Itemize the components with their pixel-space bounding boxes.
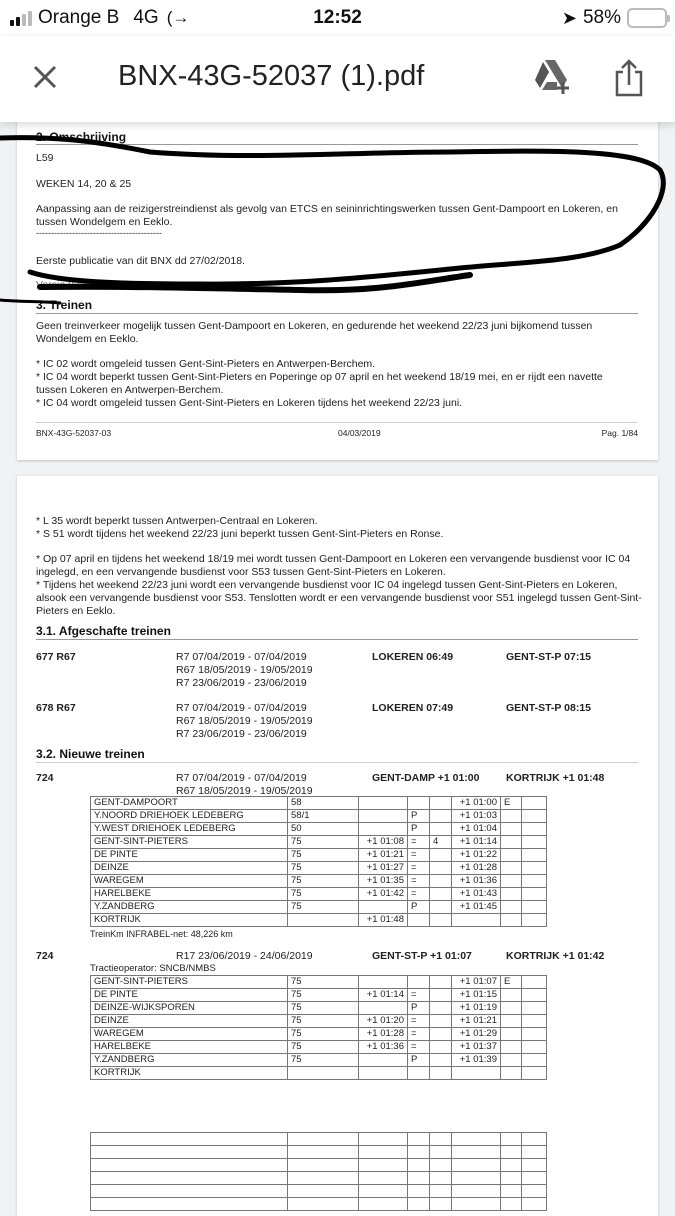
timetable-row: Y.ZANDBERG75P+1 01:45 <box>91 901 547 914</box>
train-number: 724 <box>36 772 54 785</box>
timetable-cell: = <box>408 862 430 875</box>
bullets-a: * L 35 wordt beperkt tussen Antwerpen-Ce… <box>36 515 646 541</box>
timetable-cell <box>430 1054 452 1067</box>
timetable-cell <box>522 849 547 862</box>
timetable-cell <box>522 836 547 849</box>
timetable-cell <box>359 1172 408 1185</box>
timetable-cell <box>430 914 452 927</box>
timetable-cell <box>522 875 547 888</box>
timetable-cell <box>501 1172 522 1185</box>
timetable-cell <box>408 1159 430 1172</box>
timetable-cell <box>452 1146 501 1159</box>
timetable-row: DEINZE75+1 01:27=+1 01:28 <box>91 862 547 875</box>
timetable-cell <box>501 1133 522 1146</box>
battery-percent: 58% <box>583 7 621 29</box>
timetable-cell: 75 <box>288 1002 359 1015</box>
timetable-cell: +1 01:15 <box>452 989 501 1002</box>
timetable-cell: +1 01:35 <box>359 875 408 888</box>
timetable-cell: 75 <box>288 1015 359 1028</box>
timetable-cell: KORTRIJK <box>91 914 288 927</box>
timetable-cell: +1 01:37 <box>452 1041 501 1054</box>
timetable-row <box>91 1159 547 1172</box>
timetable-cell: +1 01:08 <box>359 836 408 849</box>
timetable-cell <box>288 1133 359 1146</box>
timetable-cell <box>430 1028 452 1041</box>
trains-intro: Geen treinverkeer mogelijk tussen Gent-D… <box>36 320 636 346</box>
train-destination: KORTRIJK +1 01:48 <box>506 772 604 785</box>
timetable-cell: GENT-DAMPOORT <box>91 797 288 810</box>
timetable-cell <box>522 862 547 875</box>
timetable-cell <box>359 901 408 914</box>
timetable-cell: +1 01:14 <box>452 836 501 849</box>
timetable-cell <box>408 797 430 810</box>
timetable-cell: HARELBEKE <box>91 888 288 901</box>
train-number: 724 <box>36 950 54 963</box>
timetable-cell <box>501 875 522 888</box>
timetable-cell <box>522 1133 547 1146</box>
timetable-cell: Y.ZANDBERG <box>91 901 288 914</box>
timetable-cell: DEINZE <box>91 1015 288 1028</box>
timetable-cell: +1 01:39 <box>452 1054 501 1067</box>
timetable-cell <box>452 1067 501 1080</box>
timetable-cell: +1 01:29 <box>452 1028 501 1041</box>
timetable-cell: 75 <box>288 976 359 989</box>
pdf-page-2: * L 35 wordt beperkt tussen Antwerpen-Ce… <box>17 476 658 1200</box>
description: Aanpassing aan de reizigerstreindienst a… <box>36 203 646 229</box>
train-origin: GENT-DAMP +1 01:00 <box>372 772 479 785</box>
timetable-cell <box>359 810 408 823</box>
timetable-cell <box>452 1133 501 1146</box>
timetable-cell: Y.NOORD DRIEHOEK LEDEBERG <box>91 810 288 823</box>
timetable-cell <box>359 1146 408 1159</box>
timetable-cell: 58 <box>288 797 359 810</box>
first-publication: Eerste publicatie van dit BNX dd 27/02/2… <box>36 255 245 268</box>
train-period: R7 07/04/2019 - 07/04/2019 <box>176 772 307 785</box>
timetable-cell <box>522 1159 547 1172</box>
share-icon <box>612 58 646 98</box>
timetable-cell <box>501 914 522 927</box>
timetable-cell: = <box>408 989 430 1002</box>
timetable-row: HARELBEKE75+1 01:42=+1 01:43 <box>91 888 547 901</box>
train-number: 677 R67 <box>36 651 76 664</box>
timetable-cell: 75 <box>288 1054 359 1067</box>
timetable-cell: = <box>408 875 430 888</box>
train-period: R67 18/05/2019 - 19/05/2019 <box>176 664 313 677</box>
timetable: GENT-SINT-PIETERS75+1 01:07EDE PINTE75+1… <box>90 975 547 1080</box>
timetable-cell: +1 01:45 <box>452 901 501 914</box>
timetable-row <box>91 1133 547 1146</box>
timetable-cell <box>430 1185 452 1198</box>
close-button[interactable] <box>30 62 60 92</box>
timetable-cell <box>408 1172 430 1185</box>
timetable-cell <box>452 1172 501 1185</box>
timetable-cell: 75 <box>288 888 359 901</box>
timetable-row: KORTRIJK <box>91 1067 547 1080</box>
train-destination: GENT-ST-P 07:15 <box>506 651 591 664</box>
timetable-cell: +1 01:22 <box>452 849 501 862</box>
timetable-cell <box>522 797 547 810</box>
bullet: * IC 02 wordt omgeleid tussen Gent-Sint-… <box>36 358 636 371</box>
timetable-cell <box>91 1185 288 1198</box>
timetable-cell <box>408 1146 430 1159</box>
timetable-cell <box>501 862 522 875</box>
timetable-cell <box>501 1028 522 1041</box>
traction-operator: Tractieoperator: SNCB/NMBS <box>90 962 216 975</box>
timetable-cell: = <box>408 849 430 862</box>
timetable-cell: +1 01:21 <box>359 849 408 862</box>
timetable-cell: DE PINTE <box>91 989 288 1002</box>
footer-page-number: Pag. 1/84 <box>602 427 638 440</box>
train-period: R7 07/04/2019 - 07/04/2019 <box>176 651 307 664</box>
timetable-cell: +1 01:28 <box>452 862 501 875</box>
timetable-cell <box>501 1041 522 1054</box>
section-title-omschrijving: 2. Omschrijving <box>36 131 126 144</box>
timetable-cell <box>522 810 547 823</box>
train-period: R7 07/04/2019 - 07/04/2019 <box>176 702 307 715</box>
timetable-row: GENT-SINT-PIETERS75+1 01:07E <box>91 976 547 989</box>
timetable-cell <box>522 1146 547 1159</box>
timetable-cell <box>288 914 359 927</box>
add-to-drive-button[interactable] <box>533 58 571 96</box>
timetable-cell <box>430 1159 452 1172</box>
timetable-cell: +1 01:19 <box>452 1002 501 1015</box>
timetable-row: WAREGEM75+1 01:35=+1 01:36 <box>91 875 547 888</box>
timetable-cell <box>430 1041 452 1054</box>
timetable-cell: +1 01:48 <box>359 914 408 927</box>
pdf-page-1: 2. Omschrijving L59 WEKEN 14, 20 & 25 Aa… <box>17 110 658 460</box>
version-note: Versie 03: correctie <box>36 279 126 292</box>
timetable-cell <box>91 1133 288 1146</box>
timetable-cell: P <box>408 810 430 823</box>
timetable-cell: +1 01:28 <box>359 1028 408 1041</box>
timetable-cell <box>359 1159 408 1172</box>
timetable-cell: E <box>501 976 522 989</box>
separator-dashes: ----------------------------------------… <box>36 227 162 240</box>
section-title-new: 3.2. Nieuwe treinen <box>36 748 145 761</box>
train-origin: LOKEREN 07:49 <box>372 702 453 715</box>
bullet: * Op 07 april en tijdens het weekend 18/… <box>36 553 646 579</box>
bullet: * Tijdens het weekend 22/23 juni wordt e… <box>36 579 646 618</box>
timetable-cell: P <box>408 823 430 836</box>
timetable-cell <box>91 1172 288 1185</box>
timetable-cell <box>430 797 452 810</box>
train-origin: GENT-ST-P +1 01:07 <box>372 950 472 963</box>
timetable-cell <box>522 1054 547 1067</box>
battery-icon <box>627 8 667 28</box>
timetable-cell: = <box>408 1015 430 1028</box>
close-icon <box>30 62 60 92</box>
timetable-cell: 50 <box>288 823 359 836</box>
timetable-cell: E <box>501 797 522 810</box>
timetable-cell <box>430 976 452 989</box>
timetable-cell: = <box>408 836 430 849</box>
timetable-row: Y.ZANDBERG75P+1 01:39 <box>91 1054 547 1067</box>
timetable-cell <box>522 1041 547 1054</box>
timetable-cell: 75 <box>288 836 359 849</box>
timetable-cell <box>522 1067 547 1080</box>
timetable-cell: +1 01:14 <box>359 989 408 1002</box>
timetable-cell <box>501 836 522 849</box>
timetable-cell: DEINZE-WIJKSPOREN <box>91 1002 288 1015</box>
bullet: * L 35 wordt beperkt tussen Antwerpen-Ce… <box>36 515 646 528</box>
timetable-cell <box>408 914 430 927</box>
timetable-cell: +1 01:36 <box>359 1041 408 1054</box>
timetable-cell <box>430 1015 452 1028</box>
timetable-cell: 75 <box>288 989 359 1002</box>
timetable-cell <box>430 888 452 901</box>
timetable-cell: P <box>408 1054 430 1067</box>
timetable-row: GENT-SINT-PIETERS75+1 01:08=4+1 01:14 <box>91 836 547 849</box>
section-title-cancelled: 3.1. Afgeschafte treinen <box>36 625 171 638</box>
timetable-cell: WAREGEM <box>91 1028 288 1041</box>
timetable-cell <box>288 1146 359 1159</box>
weeks: WEKEN 14, 20 & 25 <box>36 178 131 191</box>
timetable-cell <box>288 1172 359 1185</box>
bullet: * IC 04 wordt beperkt tussen Gent-Sint-P… <box>36 371 636 397</box>
timetable-cell <box>430 1172 452 1185</box>
bullet: * S 51 wordt tijdens het weekend 22/23 j… <box>36 528 646 541</box>
footer-doc-id: BNX-43G-52037-03 <box>36 427 111 440</box>
timetable-cell: = <box>408 1028 430 1041</box>
timetable-cell: 58/1 <box>288 810 359 823</box>
timetable-cell <box>501 1159 522 1172</box>
timetable-cell <box>91 1159 288 1172</box>
train-destination: KORTRIJK +1 01:42 <box>506 950 604 963</box>
timetable-cell <box>522 1185 547 1198</box>
timetable-row: WAREGEM75+1 01:28=+1 01:29 <box>91 1028 547 1041</box>
timetable-row: DEINZE75+1 01:20=+1 01:21 <box>91 1015 547 1028</box>
timetable-cell <box>522 823 547 836</box>
timetable-cell <box>522 914 547 927</box>
timetable-cell: 75 <box>288 875 359 888</box>
timetable-row <box>91 1172 547 1185</box>
timetable-cell: P <box>408 1002 430 1015</box>
viewer-toolbar: BNX-43G-52037 (1).pdf <box>0 36 675 122</box>
timetable-cell: 4 <box>430 836 452 849</box>
share-button[interactable] <box>612 58 646 98</box>
timetable-cell <box>522 1015 547 1028</box>
timetable-cell <box>359 1067 408 1080</box>
timetable-cell: +1 01:36 <box>452 875 501 888</box>
timetable-cell: GENT-SINT-PIETERS <box>91 976 288 989</box>
timetable-cell <box>408 1067 430 1080</box>
timetable-cell: 75 <box>288 849 359 862</box>
timetable-cell <box>288 1185 359 1198</box>
timetable-row: Y.WEST DRIEHOEK LEDEBERG50P+1 01:04 <box>91 823 547 836</box>
timetable-row <box>91 1185 547 1198</box>
timetable-cell <box>501 901 522 914</box>
timetable-cell <box>430 1146 452 1159</box>
train-period: R67 18/05/2019 - 19/05/2019 <box>176 715 313 728</box>
timetable-cell: +1 01:07 <box>452 976 501 989</box>
timetable-cell <box>288 1067 359 1080</box>
timetable-cell: +1 01:42 <box>359 888 408 901</box>
timetable-cell: DEINZE <box>91 862 288 875</box>
timetable-cell <box>430 1002 452 1015</box>
timetable-cell: 75 <box>288 1041 359 1054</box>
add-to-drive-icon <box>533 58 571 96</box>
timetable-cell <box>430 849 452 862</box>
timetable-row: DE PINTE75+1 01:14=+1 01:15 <box>91 989 547 1002</box>
timetable-cell <box>359 976 408 989</box>
line-number: L59 <box>36 152 54 165</box>
timetable-cell: KORTRIJK <box>91 1067 288 1080</box>
timetable-row: HARELBEKE75+1 01:36=+1 01:37 <box>91 1041 547 1054</box>
train-destination: GENT-ST-P 08:15 <box>506 702 591 715</box>
timetable-cell: 75 <box>288 862 359 875</box>
timetable-cell: P <box>408 901 430 914</box>
timetable-cell <box>501 989 522 1002</box>
timetable-cell <box>359 1133 408 1146</box>
section-title-treinen: 3. Treinen <box>36 299 92 312</box>
timetable-row: Y.NOORD DRIEHOEK LEDEBERG58/1P+1 01:03 <box>91 810 547 823</box>
timetable-cell <box>501 1067 522 1080</box>
footer-date: 04/03/2019 <box>338 427 381 440</box>
train-number: 678 R67 <box>36 702 76 715</box>
timetable-cell <box>430 862 452 875</box>
location-arrow-icon: ➤ <box>562 8 577 29</box>
timetable-cell <box>501 849 522 862</box>
timetable-cell: HARELBEKE <box>91 1041 288 1054</box>
timetable-cell <box>501 1002 522 1015</box>
timetable-cell <box>501 1146 522 1159</box>
timetable-cell: 75 <box>288 901 359 914</box>
timetable-cell <box>359 797 408 810</box>
timetable-cell: 75 <box>288 1028 359 1041</box>
train-km: TreinKm INFRABEL-net: 48,226 km <box>90 928 233 941</box>
timetable-cell <box>522 888 547 901</box>
timetable-cell <box>501 1185 522 1198</box>
timetable-cell <box>359 1002 408 1015</box>
timetable-cell: = <box>408 1041 430 1054</box>
status-bar: Orange B 4G (→ 12:52 ➤ 58% <box>0 0 675 36</box>
timetable-cell <box>408 1185 430 1198</box>
timetable-cell <box>522 989 547 1002</box>
timetable-cell <box>522 1002 547 1015</box>
bullets-b: * Op 07 april en tijdens het weekend 18/… <box>36 553 646 618</box>
timetable-row: KORTRIJK+1 01:48 <box>91 914 547 927</box>
timetable-cell <box>430 875 452 888</box>
timetable-cell <box>430 1133 452 1146</box>
document-title: BNX-43G-52037 (1).pdf <box>118 60 424 93</box>
timetable-cell: +1 01:03 <box>452 810 501 823</box>
timetable-cell <box>288 1159 359 1172</box>
bullet: * IC 04 wordt omgeleid tussen Gent-Sint-… <box>36 397 636 410</box>
timetable-cell <box>91 1146 288 1159</box>
timetable-cell <box>408 976 430 989</box>
timetable-cell <box>501 888 522 901</box>
timetable-cell <box>359 1054 408 1067</box>
train-origin: LOKEREN 06:49 <box>372 651 453 664</box>
timetable-cell: Y.WEST DRIEHOEK LEDEBERG <box>91 823 288 836</box>
timetable-cell <box>430 901 452 914</box>
timetable-row <box>91 1146 547 1159</box>
trains-bullets: * IC 02 wordt omgeleid tussen Gent-Sint-… <box>36 358 636 410</box>
timetable-cell: = <box>408 888 430 901</box>
timetable: GENT-DAMPOORT58+1 01:00EY.NOORD DRIEHOEK… <box>90 796 547 927</box>
timetable-cell <box>522 901 547 914</box>
timetable-cell <box>430 823 452 836</box>
train-period: R7 23/06/2019 - 23/06/2019 <box>176 677 307 690</box>
train-period: R7 23/06/2019 - 23/06/2019 <box>176 728 307 741</box>
timetable-row: DEINZE-WIJKSPOREN75P+1 01:19 <box>91 1002 547 1015</box>
timetable-cell: WAREGEM <box>91 875 288 888</box>
timetable-cell: +1 01:00 <box>452 797 501 810</box>
timetable-cell <box>501 810 522 823</box>
timetable-cell: +1 01:27 <box>359 862 408 875</box>
timetable-cell: +1 01:20 <box>359 1015 408 1028</box>
timetable-cell <box>408 1133 430 1146</box>
timetable-cell: Y.ZANDBERG <box>91 1054 288 1067</box>
timetable-cell: GENT-SINT-PIETERS <box>91 836 288 849</box>
timetable-cell: DE PINTE <box>91 849 288 862</box>
timetable-row: DE PINTE75+1 01:21=+1 01:22 <box>91 849 547 862</box>
timetable-cell <box>501 1015 522 1028</box>
timetable-cell <box>522 1028 547 1041</box>
timetable-cell <box>359 1185 408 1198</box>
timetable-cell <box>430 810 452 823</box>
timetable-cell <box>359 823 408 836</box>
timetable-cell <box>430 989 452 1002</box>
timetable-cell <box>501 823 522 836</box>
timetable-cell <box>452 1185 501 1198</box>
timetable-cell <box>452 914 501 927</box>
timetable-row: GENT-DAMPOORT58+1 01:00E <box>91 797 547 810</box>
timetable-cell <box>430 1067 452 1080</box>
timetable-cell: +1 01:21 <box>452 1015 501 1028</box>
timetable-cell <box>522 976 547 989</box>
timetable-cell <box>522 1172 547 1185</box>
timetable-cell: +1 01:43 <box>452 888 501 901</box>
empty-timetable <box>90 1132 547 1200</box>
timetable-cell <box>452 1159 501 1172</box>
timetable-cell <box>501 1054 522 1067</box>
timetable-cell: +1 01:04 <box>452 823 501 836</box>
